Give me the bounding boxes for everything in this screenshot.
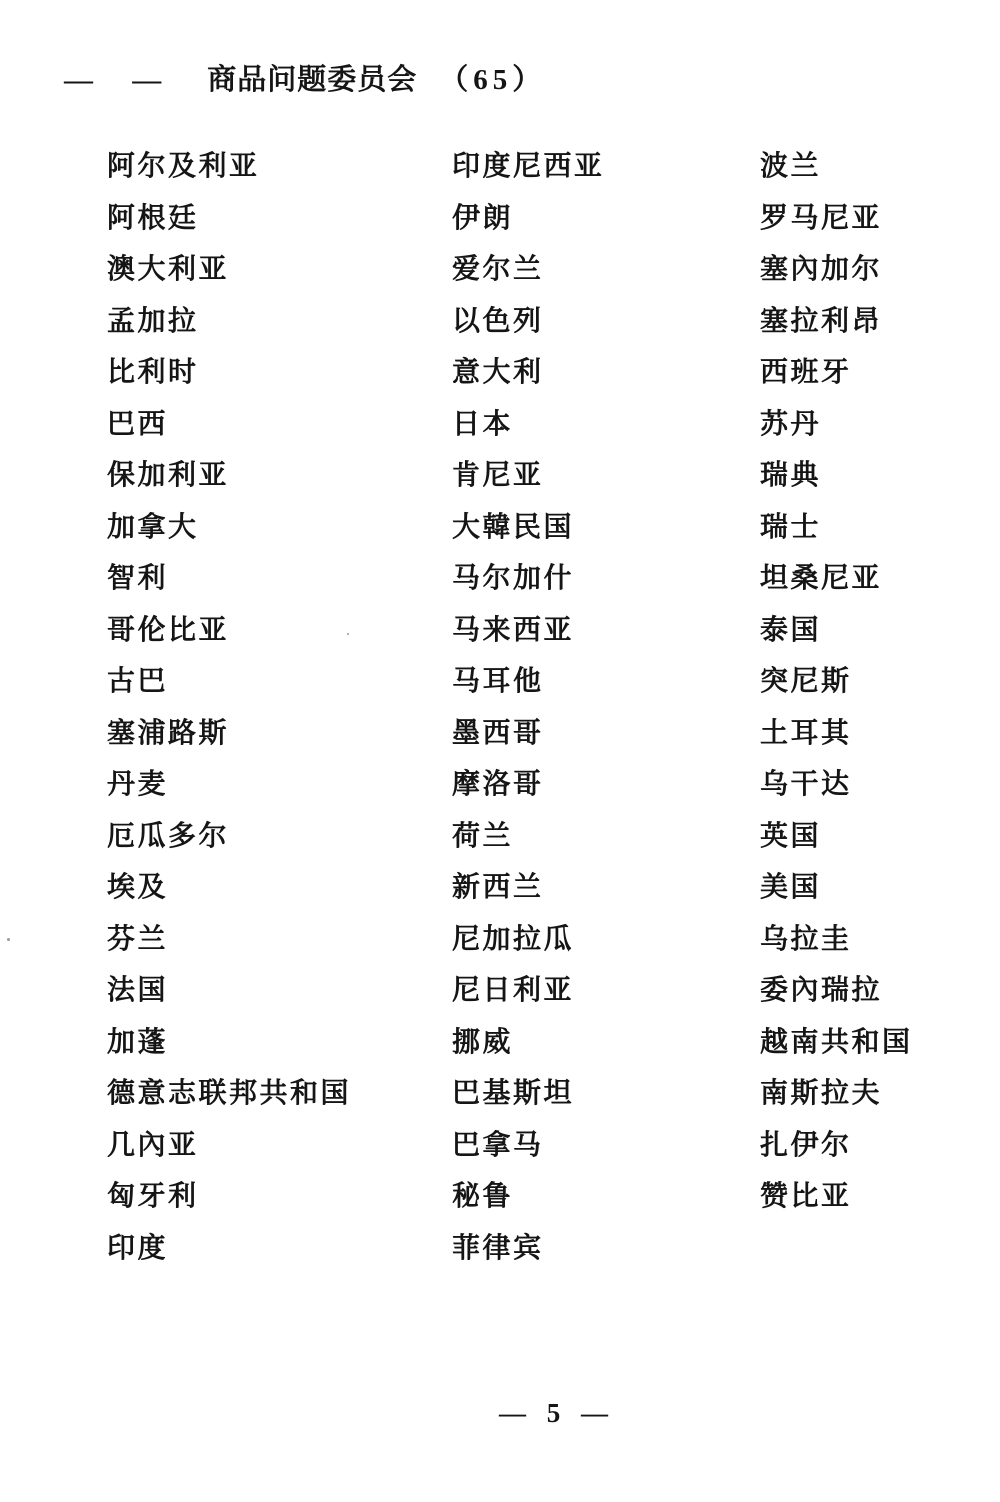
country-entry: 印度	[107, 1223, 351, 1275]
country-entry: 意大利	[452, 347, 605, 399]
country-entry: 马尔加什	[452, 553, 605, 605]
country-entry: 日本	[452, 399, 605, 451]
country-entry: 保加利亚	[107, 450, 351, 502]
country-entry: 丹麦	[107, 759, 351, 811]
country-entry: 阿根廷	[107, 193, 351, 245]
country-entry: 澳大利亚	[107, 244, 351, 296]
country-entry: 马耳他	[452, 656, 605, 708]
country-entry: 巴拿马	[452, 1120, 605, 1172]
country-entry: 爱尔兰	[452, 244, 605, 296]
country-entry: 菲律宾	[452, 1223, 605, 1275]
header-dashes: — —	[64, 64, 177, 97]
page-title: 商品问题委员会	[207, 57, 417, 98]
country-entry: 智利	[107, 553, 351, 605]
country-entry: 巴西	[107, 399, 351, 451]
scan-speck	[7, 938, 10, 941]
country-entry: 加拿大	[107, 502, 351, 554]
country-entry: 塞浦路斯	[107, 708, 351, 760]
country-column-2: 印度尼西亚伊朗爱尔兰以色列意大利日本肯尼亚大韓民国马尔加什马来西亚马耳他墨西哥摩…	[452, 141, 605, 1274]
country-entry: 扎伊尔	[760, 1120, 913, 1172]
country-entry: 比利时	[107, 347, 351, 399]
country-entry: 马来西亚	[452, 605, 605, 657]
country-entry: 越南共和国	[760, 1017, 913, 1069]
country-entry: 土耳其	[760, 708, 913, 760]
country-entry: 塞拉利昂	[760, 296, 913, 348]
header-item-number: （65）	[439, 57, 546, 98]
country-entry: 秘鲁	[452, 1171, 605, 1223]
country-entry: 南斯拉夫	[760, 1068, 913, 1120]
country-entry: 古巴	[107, 656, 351, 708]
country-entry: 法国	[107, 965, 351, 1017]
document-page: — —商品问题委员会（65） 阿尔及利亚阿根廷澳大利亚孟加拉比利时巴西保加利亚加…	[0, 0, 1000, 1502]
country-entry: 埃及	[107, 862, 351, 914]
page-header: — —商品问题委员会（65）	[64, 57, 546, 98]
country-entry: 芬兰	[107, 914, 351, 966]
country-entry: 厄瓜多尔	[107, 811, 351, 863]
country-entry: 伊朗	[452, 193, 605, 245]
country-entry: 西班牙	[760, 347, 913, 399]
country-entry: 美国	[760, 862, 913, 914]
country-entry: 荷兰	[452, 811, 605, 863]
country-entry: 墨西哥	[452, 708, 605, 760]
country-entry: 苏丹	[760, 399, 913, 451]
country-entry: 坦桑尼亚	[760, 553, 913, 605]
country-entry: 瑞典	[760, 450, 913, 502]
country-entry: 几內亚	[107, 1120, 351, 1172]
country-entry: 委內瑞拉	[760, 965, 913, 1017]
country-entry: 印度尼西亚	[452, 141, 605, 193]
scan-speck	[347, 633, 349, 635]
country-column-3: 波兰罗马尼亚塞內加尔塞拉利昂西班牙苏丹瑞典瑞士坦桑尼亚泰国突尼斯土耳其乌干达英国…	[760, 141, 913, 1223]
page-footer: — 5 —	[447, 1398, 667, 1429]
country-entry: 瑞士	[760, 502, 913, 554]
country-entry: 突尼斯	[760, 656, 913, 708]
country-entry: 以色列	[452, 296, 605, 348]
country-entry: 加蓬	[107, 1017, 351, 1069]
country-entry: 英国	[760, 811, 913, 863]
country-entry: 匈牙利	[107, 1171, 351, 1223]
country-entry: 挪威	[452, 1017, 605, 1069]
country-entry: 摩洛哥	[452, 759, 605, 811]
country-entry: 尼加拉瓜	[452, 914, 605, 966]
country-entry: 哥伦比亚	[107, 605, 351, 657]
country-entry: 德意志联邦共和国	[107, 1068, 351, 1120]
country-entry: 肯尼亚	[452, 450, 605, 502]
country-entry: 大韓民国	[452, 502, 605, 554]
country-entry: 尼日利亚	[452, 965, 605, 1017]
country-entry: 泰国	[760, 605, 913, 657]
country-column-1: 阿尔及利亚阿根廷澳大利亚孟加拉比利时巴西保加利亚加拿大智利哥伦比亚古巴塞浦路斯丹…	[107, 141, 351, 1274]
page-number: — 5 —	[499, 1398, 615, 1428]
country-entry: 罗马尼亚	[760, 193, 913, 245]
country-entry: 波兰	[760, 141, 913, 193]
country-entry: 孟加拉	[107, 296, 351, 348]
country-entry: 乌干达	[760, 759, 913, 811]
country-entry: 新西兰	[452, 862, 605, 914]
country-entry: 巴基斯坦	[452, 1068, 605, 1120]
country-entry: 塞內加尔	[760, 244, 913, 296]
country-entry: 乌拉圭	[760, 914, 913, 966]
country-entry: 阿尔及利亚	[107, 141, 351, 193]
country-entry: 赞比亚	[760, 1171, 913, 1223]
